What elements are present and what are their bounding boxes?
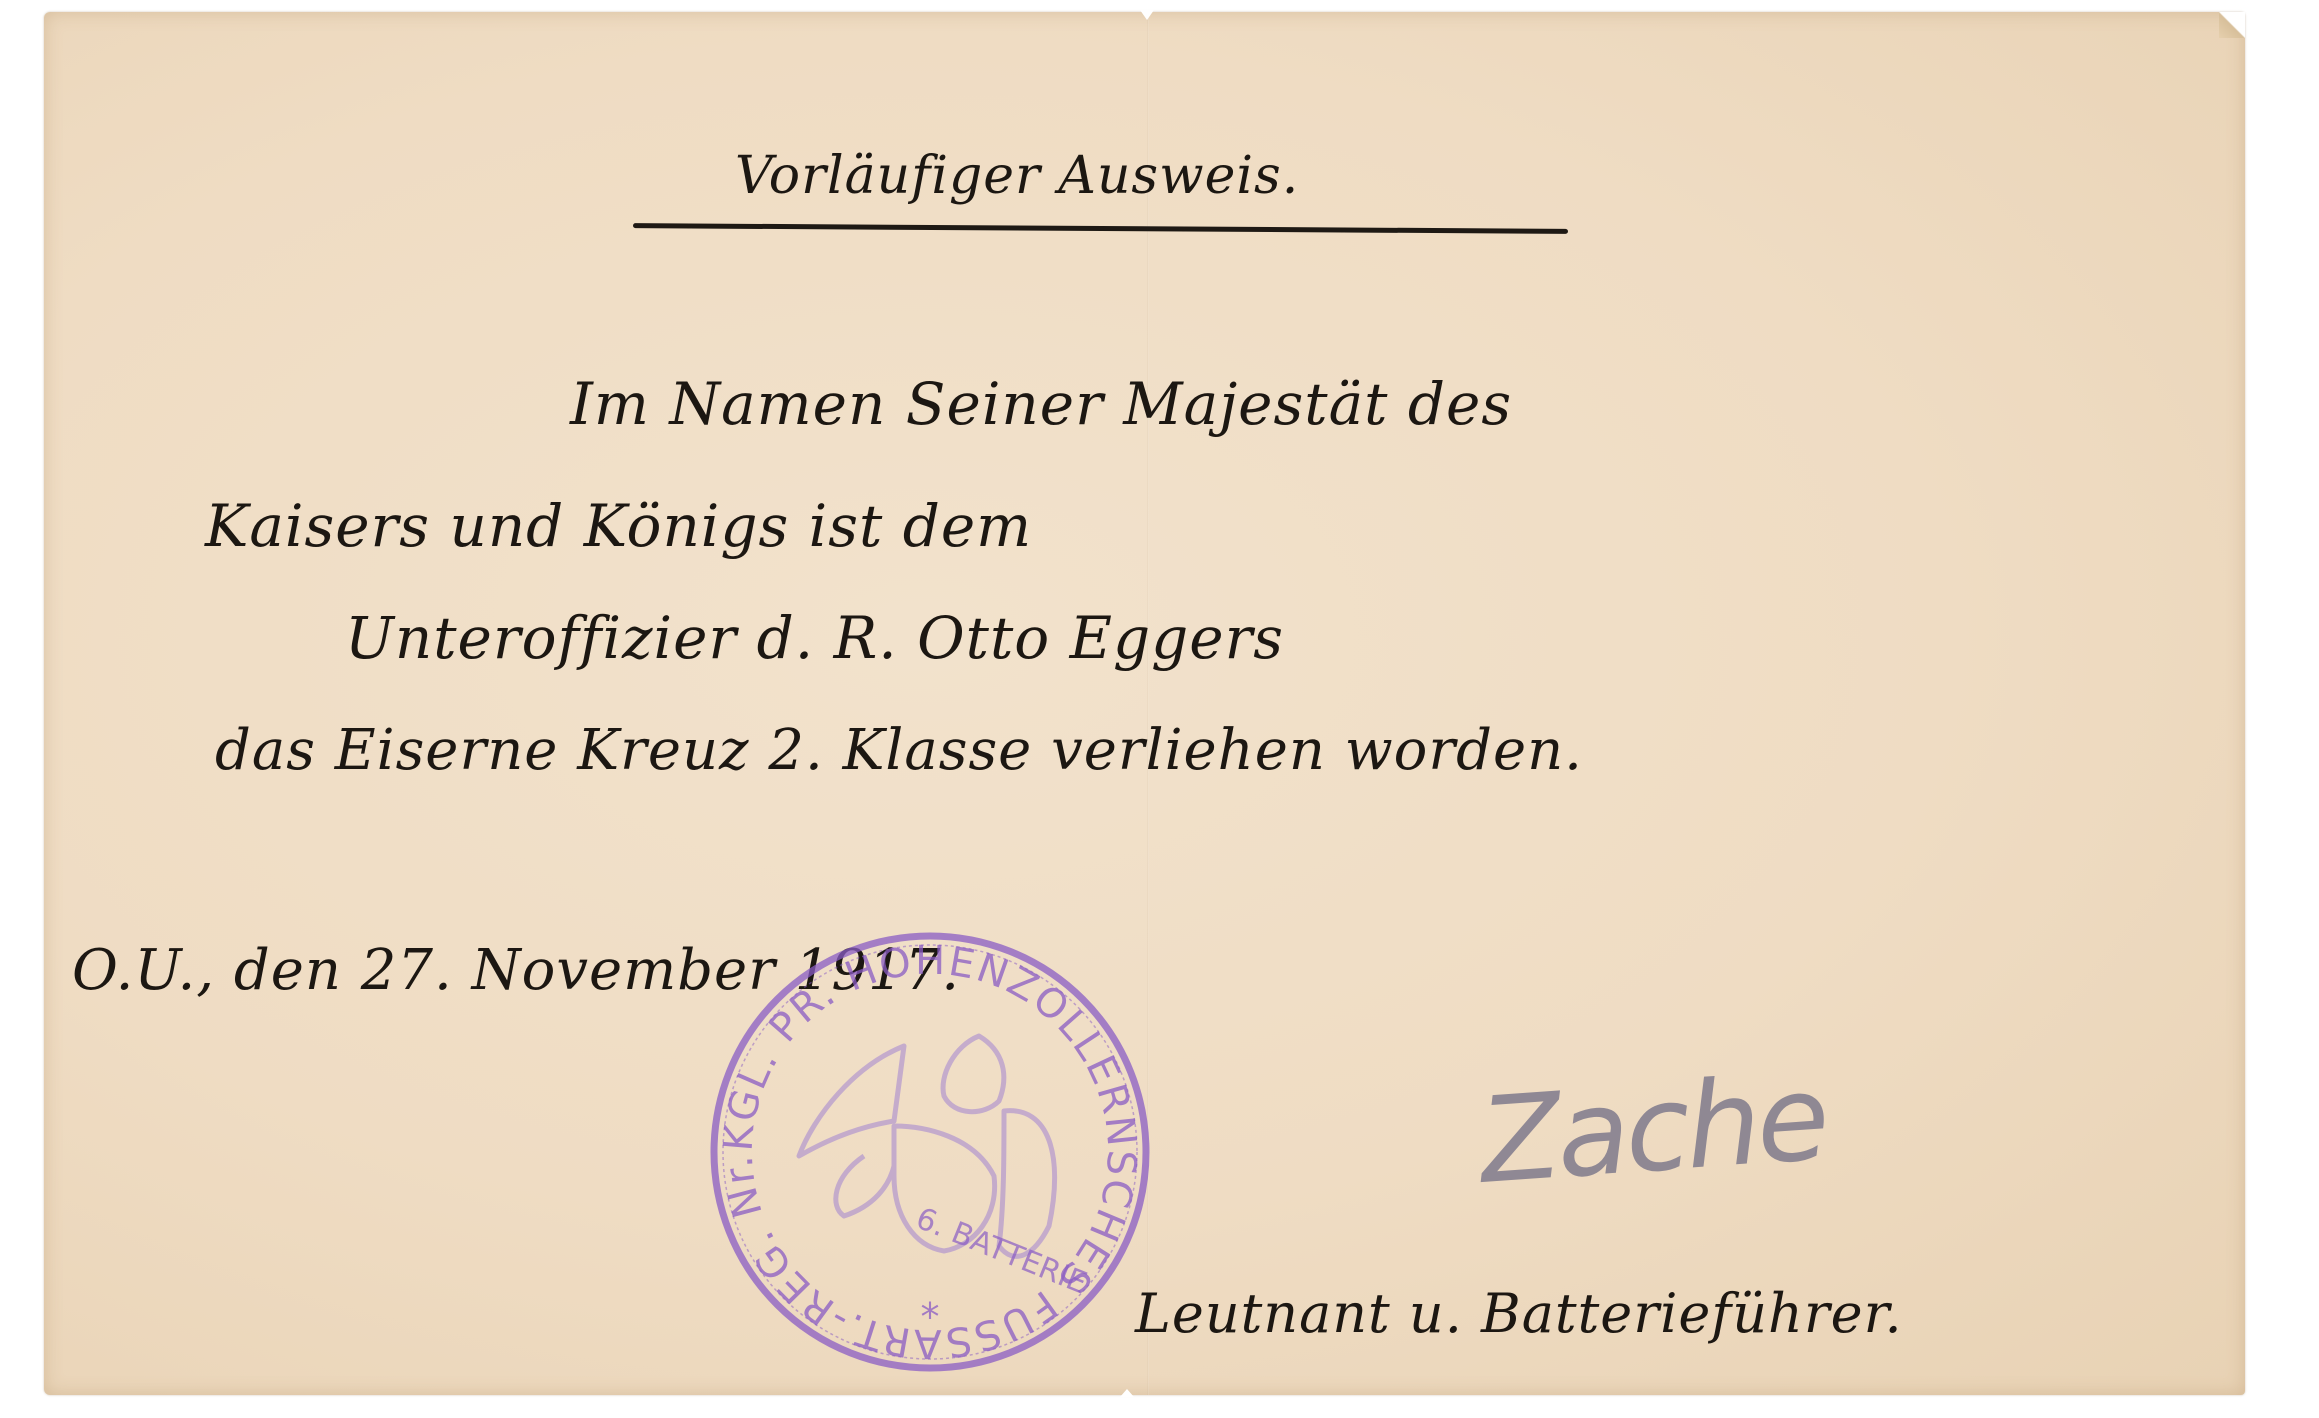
top-notch — [1140, 10, 1154, 20]
pencil-signature: Zache — [1476, 1048, 1830, 1210]
regimental-stamp: KGL. PR. HOHENZOLLERNSCHES FUSSART.-REG.… — [704, 926, 1156, 1378]
bottom-notch — [1120, 1389, 1134, 1397]
body-line-4: das Eiserne Kreuz 2. Klasse verliehen wo… — [215, 718, 1583, 783]
signatory-title: Leutnant u. Batterieführer. — [1135, 1282, 1903, 1345]
document-heading: Vorläufiger Ausweis. — [735, 146, 1299, 206]
body-line-2: Kaisers und Königs ist dem — [205, 492, 1032, 560]
folded-corner — [2219, 12, 2245, 38]
body-line-3: Unteroffizier d. R. Otto Eggers — [345, 604, 1284, 672]
body-line-1: Im Namen Seiner Majestät des — [570, 370, 1512, 438]
stamp-separator: * — [921, 1295, 940, 1339]
stamp-seal-icon: KGL. PR. HOHENZOLLERNSCHES FUSSART.-REG.… — [704, 926, 1156, 1378]
